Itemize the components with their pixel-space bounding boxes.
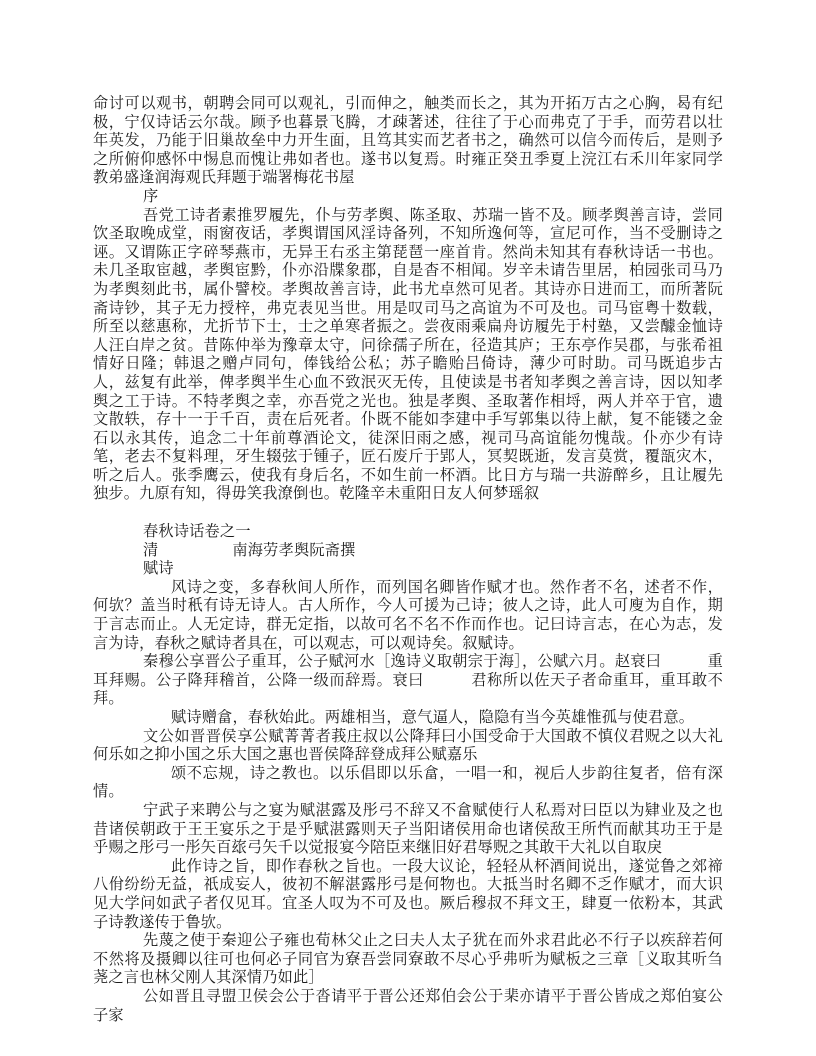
comment-fushi-zengda: 赋诗赠畣，春秋始此。两雄相当，意气逼人，隐隐有当今英雄惟孤与使君意。: [93, 709, 723, 728]
passage-wen-gong-ru-jin: 文公如晋晋侯享公赋菁菁者莪庄叔以公降拜曰小国受命于大国敢不慎仪君贶之以大礼何乐如…: [93, 728, 723, 765]
passage-qin-mu-gong: 秦穆公享晋公子重耳，公子赋河水［逸诗义取朝宗于海］，公赋六月。赵衰曰 重耳拜赐。…: [93, 653, 723, 709]
preface-continuation-paragraph: 命讨可以观书，朝聘会同可以观礼，引而伸之，触类而长之，其为开拓万古之心胸，曷有纪…: [93, 95, 723, 188]
passage-xian-mie: 先蔑之使于秦迎公子雍也荀林父止之曰夫人太子犹在而外求君此必不行子以疾辞若何不然将…: [93, 932, 723, 988]
byline-author: 南海劳孝舆阮斋撰: [232, 542, 355, 559]
passage-ning-wu-zi: 宁武子来聘公与之宴为赋湛露及彤弓不辞又不畣赋使行人私焉对曰臣以为肄业及之也昔诸侯…: [93, 802, 723, 858]
passage-gong-ru-jin-xun-meng: 公如晋且寻盟卫侯会公于沓请平于晋公还郑伯会公于棐亦请平于晋公皆成之郑伯宴公子家: [93, 988, 723, 1025]
section-heading-fushi: 赋诗: [93, 560, 723, 579]
document-page: 命讨可以观书，朝聘会同可以观礼，引而伸之，触类而长之，其为开拓万古之心胸，曷有纪…: [0, 0, 816, 1056]
preface-he-mengyao-paragraph: 吾党工诗者素推罗履先，仆与劳孝舆、陈圣取、苏瑞一皆不及。顾孝舆善言诗，尝同饮圣取…: [93, 207, 723, 505]
byline-dynasty: 清: [143, 542, 158, 559]
comment-fushi-intro: 风诗之变，多春秋间人所作，而列国名卿皆作赋才也。然作者不名，述者不作，何欤？盖当…: [93, 579, 723, 653]
section-heading-xu: 序: [93, 188, 723, 207]
text-block: 命讨可以观书，朝聘会同可以观礼，引而伸之，触类而长之，其为开拓万古之心胸，曷有纪…: [93, 95, 723, 1025]
volume-title: 春秋诗话卷之一: [93, 523, 723, 542]
byline: 清南海劳孝舆阮斋撰: [93, 542, 723, 561]
comment-song-bu-wang-gui: 颂不忘规，诗之教也。以乐倡即以乐畣，一唱一和，视后人步韵往复者，倍有深情。: [93, 765, 723, 802]
comment-ci-zuo-shi-zhi-zhi: 此作诗之旨，即作春秋之旨也。一段大议论，轻轻从杯酒间说出，遂觉鲁之郊禘八佾纷纷无…: [93, 858, 723, 932]
